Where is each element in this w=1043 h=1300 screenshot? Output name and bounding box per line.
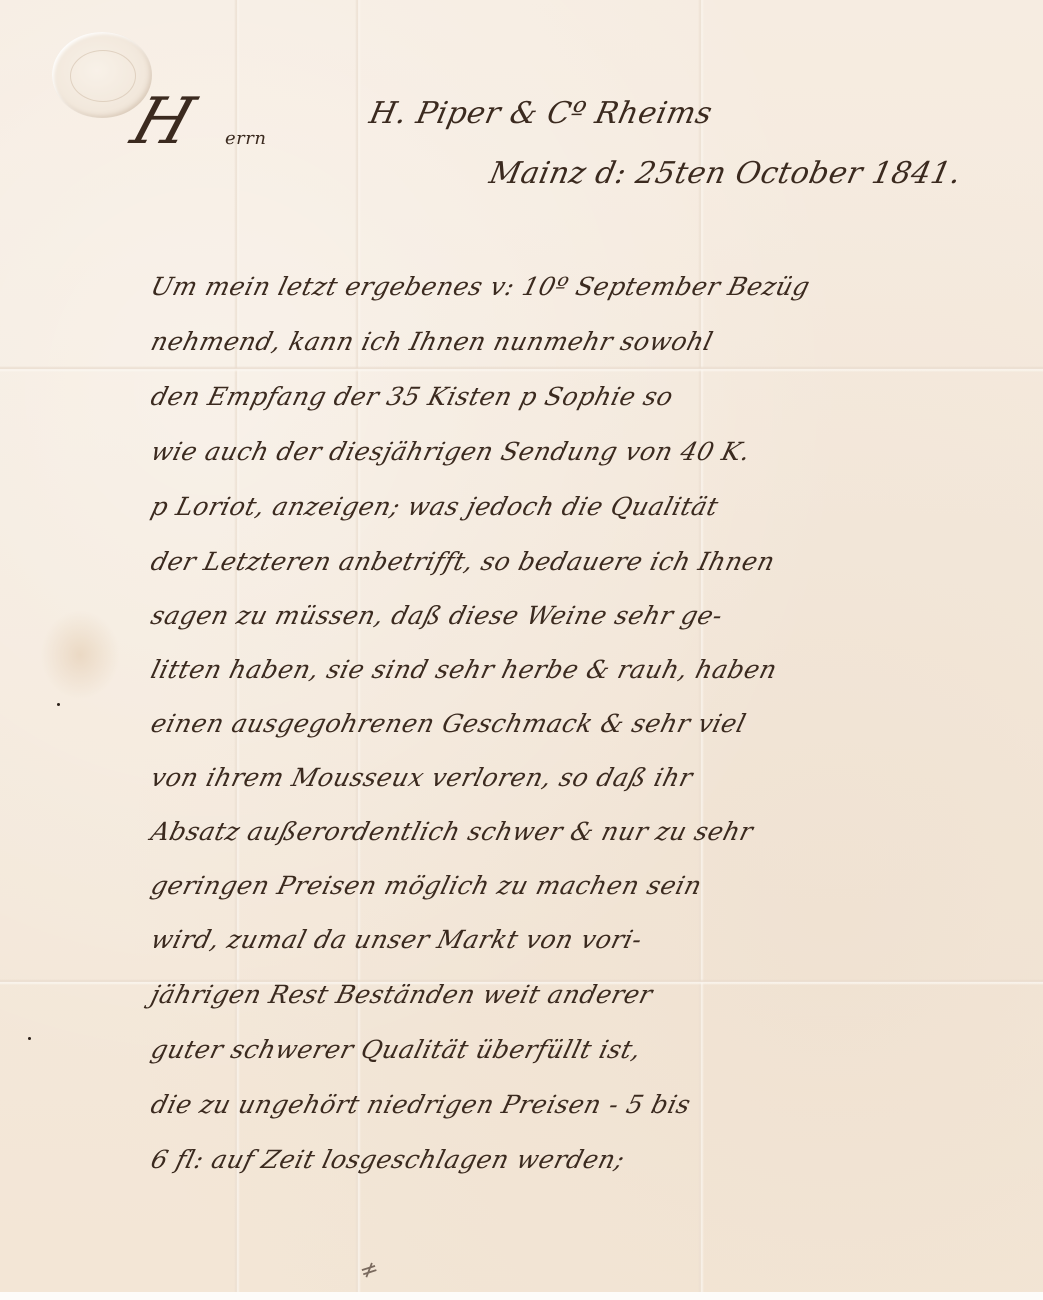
ink-dot — [28, 1037, 31, 1040]
body-line-11: Absatz außerordentlich schwer & nur zu s… — [148, 817, 756, 846]
body-line-12: geringen Preisen möglich zu machen sein — [148, 871, 705, 900]
seal-inner-ring — [70, 50, 136, 102]
embossed-seal-icon — [52, 32, 152, 118]
body-line-10: von ihrem Mousseux verloren, so daß ihr — [148, 763, 696, 792]
body-line-7: sagen zu müssen, daß diese Weine sehr ge… — [148, 601, 726, 630]
paper-stain — [40, 610, 120, 700]
body-line-2: nehmend, kann ich Ihnen nunmehr sowohl — [148, 327, 716, 356]
body-line-4: wie auch der diesjährigen Sendung von 40… — [148, 437, 754, 466]
body-line-9: einen ausgegohrenen Geschmack & sehr vie… — [148, 709, 749, 738]
fold-line-vertical — [698, 0, 704, 1292]
body-line-3: den Empfang der 35 Kisten p Sophie so — [148, 382, 676, 411]
letter-page: H errn H. Piper & Cº Rheims Mainz d: 25t… — [0, 0, 1043, 1292]
scan-border — [0, 1292, 1043, 1300]
addressee-line: H. Piper & Cº Rheims — [366, 96, 715, 131]
body-line-17: 6 fl: auf Zeit losgeschlagen werden; — [148, 1145, 628, 1174]
body-line-5: p Loriot, anzeigen; was jedoch die Quali… — [148, 492, 721, 521]
body-line-16: die zu ungehört niedrigen Preisen - 5 bi… — [148, 1090, 694, 1119]
salutation-rest: errn — [225, 128, 266, 149]
body-line-1: Um mein letzt ergebenes v: 10º September… — [148, 272, 813, 301]
ink-dot — [57, 703, 60, 706]
fold-line-horizontal — [0, 366, 1043, 372]
date-line: Mainz d: 25ten October 1841. — [486, 156, 964, 191]
body-line-13: wird, zumal da unser Markt von vori- — [148, 925, 645, 954]
body-line-14: jährigen Rest Beständen weit anderer — [148, 980, 656, 1009]
body-line-15: guter schwerer Qualität überfüllt ist, — [148, 1035, 644, 1064]
body-line-8: litten haben, sie sind sehr herbe & rauh… — [148, 655, 780, 684]
body-line-6: der Letzteren anbetrifft, so bedauere ic… — [148, 547, 778, 576]
